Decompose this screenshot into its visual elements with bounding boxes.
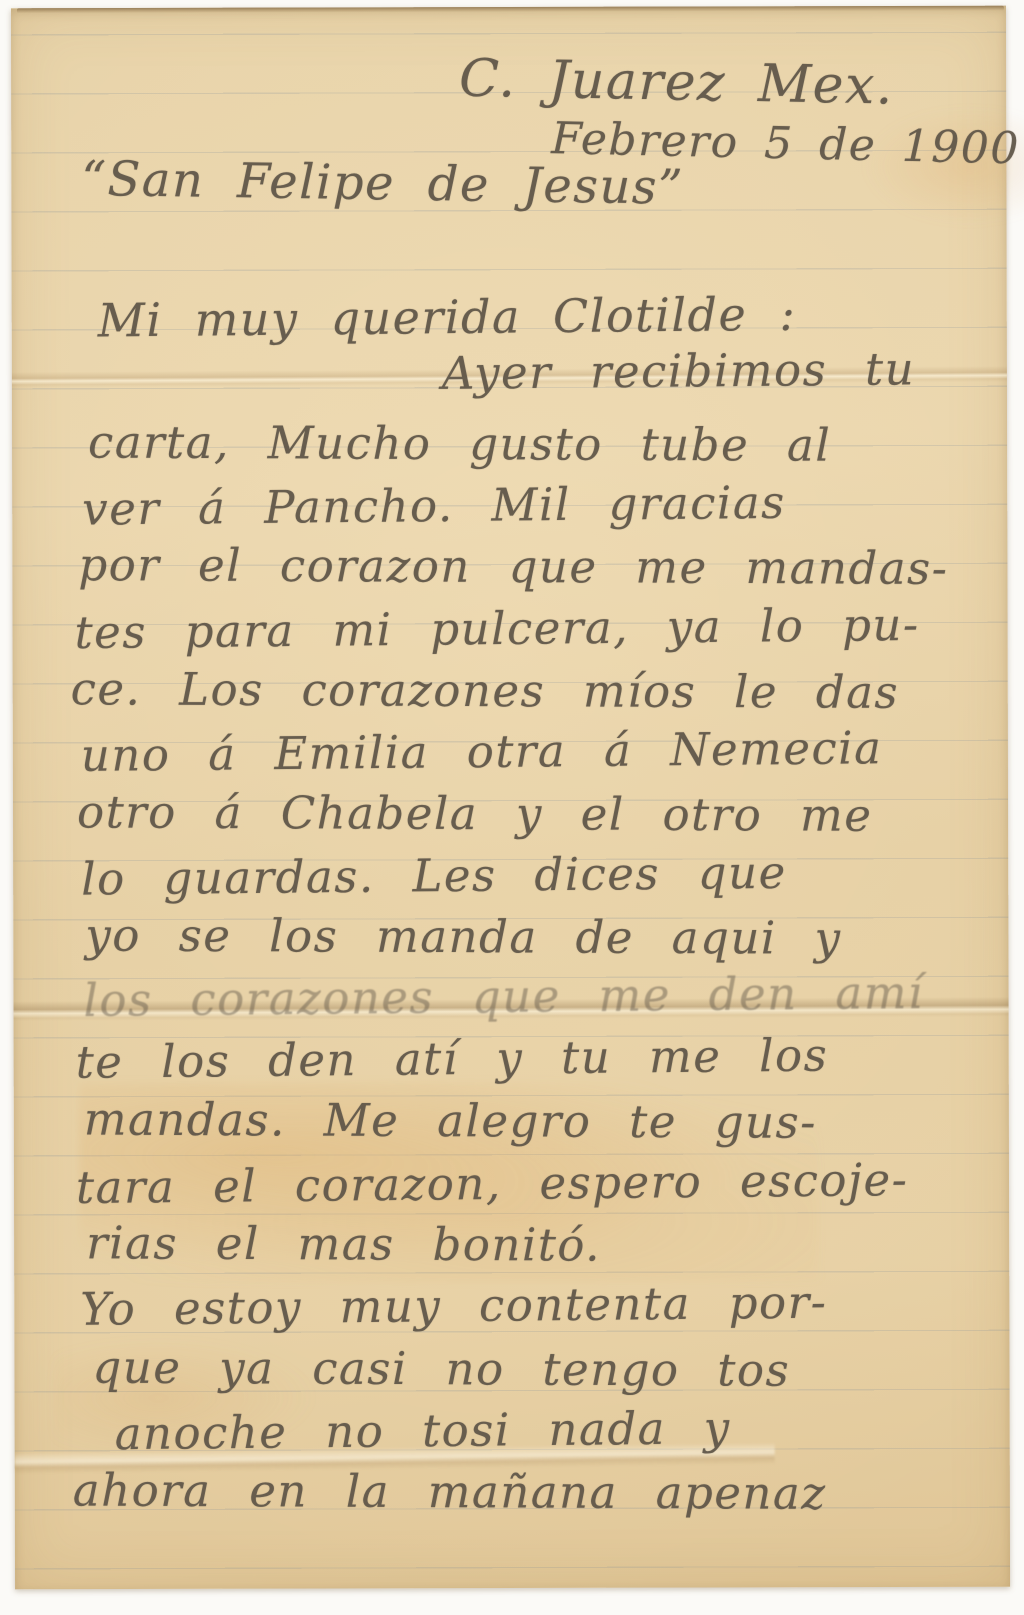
body-line: ahora en la mañana apenaz	[73, 1464, 827, 1520]
body-line: carta, Mucho gusto tube al	[88, 416, 831, 472]
body-line: mandas. Me alegro te gus-	[84, 1093, 817, 1149]
heading-place: C. Juarez Mex.	[459, 49, 895, 117]
body-line: ver á Pancho. Mil gracias	[82, 476, 786, 536]
body-line-faded: los corazones que me den amí	[83, 966, 924, 1027]
body-line: otro á Chabela y el otro me	[77, 785, 873, 841]
body-line: ce. Los corazones míos le das	[71, 662, 900, 719]
body-line: yo se los manda de aqui y	[85, 908, 841, 964]
heading-devotion: “San Felipe de Jesus”	[81, 151, 684, 216]
body-line: te los den atí y tu me los	[75, 1029, 828, 1089]
body-line: lo guardas. Les dices que	[81, 846, 787, 906]
body-line: rias el mas bonitó.	[86, 1216, 601, 1271]
body-line: uno á Emilia otra á Nemecia	[81, 721, 883, 782]
body-line: por el corazon que me mandas-	[78, 538, 948, 595]
body-line: anoche no tosi nada y	[114, 1401, 731, 1460]
scanned-letter-scene: C. Juarez Mex. Febrero 5 de 1900 “San Fe…	[0, 0, 1024, 1615]
body-line: Yo estoy muy contenta por-	[80, 1276, 827, 1336]
body-line: tes para mi pulcera, ya lo pu-	[74, 598, 920, 659]
body-line: Ayer recibimos tu	[442, 342, 916, 400]
body-line: que ya casi no tengo tos	[92, 1341, 790, 1397]
body-line: tara el corazon, espero escoje-	[76, 1153, 909, 1214]
letter-page: C. Juarez Mex. Febrero 5 de 1900 “San Fe…	[11, 6, 1010, 1590]
salutation: Mi muy querida Clotilde :	[97, 287, 796, 348]
